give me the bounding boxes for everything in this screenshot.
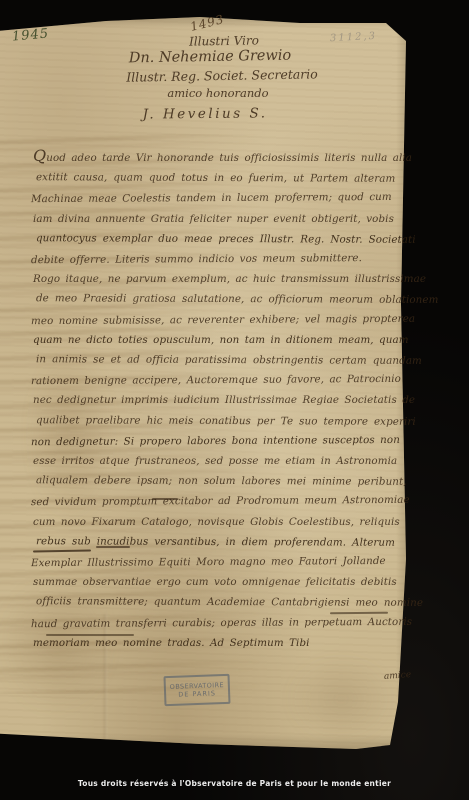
manuscript-line: extitit causa, quam quod totus in eo fue… (36, 167, 407, 189)
manuscript-line: de meo Praesidi gratiosa salutatione, ac… (36, 289, 407, 311)
manuscript-line: quantocyus exemplar duo meae preces Illu… (36, 228, 407, 250)
manuscript-line: debite offerre. Literis summo indicio vo… (31, 248, 407, 270)
letter-body: Quod adeo tarde Vir honorande tuis offic… (33, 146, 407, 653)
ink-dash (152, 498, 178, 500)
manuscript-line: memoriam meo nomine tradas. Ad Septimum … (33, 633, 407, 653)
stamp-line: DE PARIS (178, 689, 216, 698)
manuscript-line: rebus sub incudibus versantibus, in diem… (36, 531, 407, 553)
manuscript-line: in animis se et ad officia paratissima o… (36, 349, 407, 371)
address-line: Illustr. Reg. Societ. Secretario (62, 65, 382, 86)
manuscript-line: non dedignetur: Si propero labores bona … (31, 430, 407, 452)
copyright-text: Tous droits réservés à l'Observatoire de… (78, 779, 391, 788)
manuscript-line: cum novo Fixarum Catalogo, novisque Glob… (33, 512, 407, 532)
copyright-bar: Tous droits réservés à l'Observatoire de… (0, 766, 469, 800)
manuscript-line: meo nomine submisisse, ac reverenter exh… (31, 308, 407, 330)
address-line: amico honorando (58, 86, 378, 100)
manuscript-line: rationem benigne accipere, Auctoremque s… (31, 369, 407, 391)
manuscript-line: officiis transmittere; quantum Academiae… (36, 592, 407, 614)
ink-strikethrough (96, 546, 130, 548)
salutation: J. Hevelius S. (60, 105, 350, 124)
closing-word: amice (384, 670, 412, 682)
manuscript-line: sed vividum promptum excitabor ad Prodro… (31, 490, 407, 512)
paper-stain (286, 654, 396, 744)
manuscript-line: qualibet praelibare hic meis conatibus p… (36, 410, 407, 432)
manuscript-line: Machinae meae Coelestis tandem in lucem … (31, 187, 407, 209)
manuscript-line: haud gravatim transferri curabis; operas… (31, 612, 407, 634)
manuscript-line: summae observantiae ergo cum voto omnige… (33, 572, 407, 592)
manuscript-line: Exemplar Illustrissimo Equiti Moro magno… (31, 551, 407, 573)
address-block: Illustri Viro Dn. Nehemiae Grewio Illust… (60, 34, 380, 100)
manuscript-line: aliqualem debere ipsam; non solum labore… (36, 470, 407, 492)
manuscript-line: esse irritos atque frustraneos, sed poss… (33, 451, 407, 471)
manuscript-photo: 1945 1493 3112,3 Illustri Viro Dn. Nehem… (0, 0, 469, 800)
observatoire-stamp: OBSERVATOIRE DE PARIS (163, 674, 230, 706)
manuscript-line: Quod adeo tarde Vir honorande tuis offic… (33, 146, 407, 168)
manuscript-line: nec dedignetur imprimis iudicium Illustr… (33, 390, 407, 410)
ink-underline (46, 634, 134, 636)
manuscript-line: iam divina annuente Gratia feliciter nup… (33, 209, 407, 229)
manuscript-line: Rogo itaque, ne parvum exemplum, ac huic… (33, 269, 407, 289)
manuscript-line: quam ne dicto toties opusculum, non tam … (33, 330, 407, 350)
